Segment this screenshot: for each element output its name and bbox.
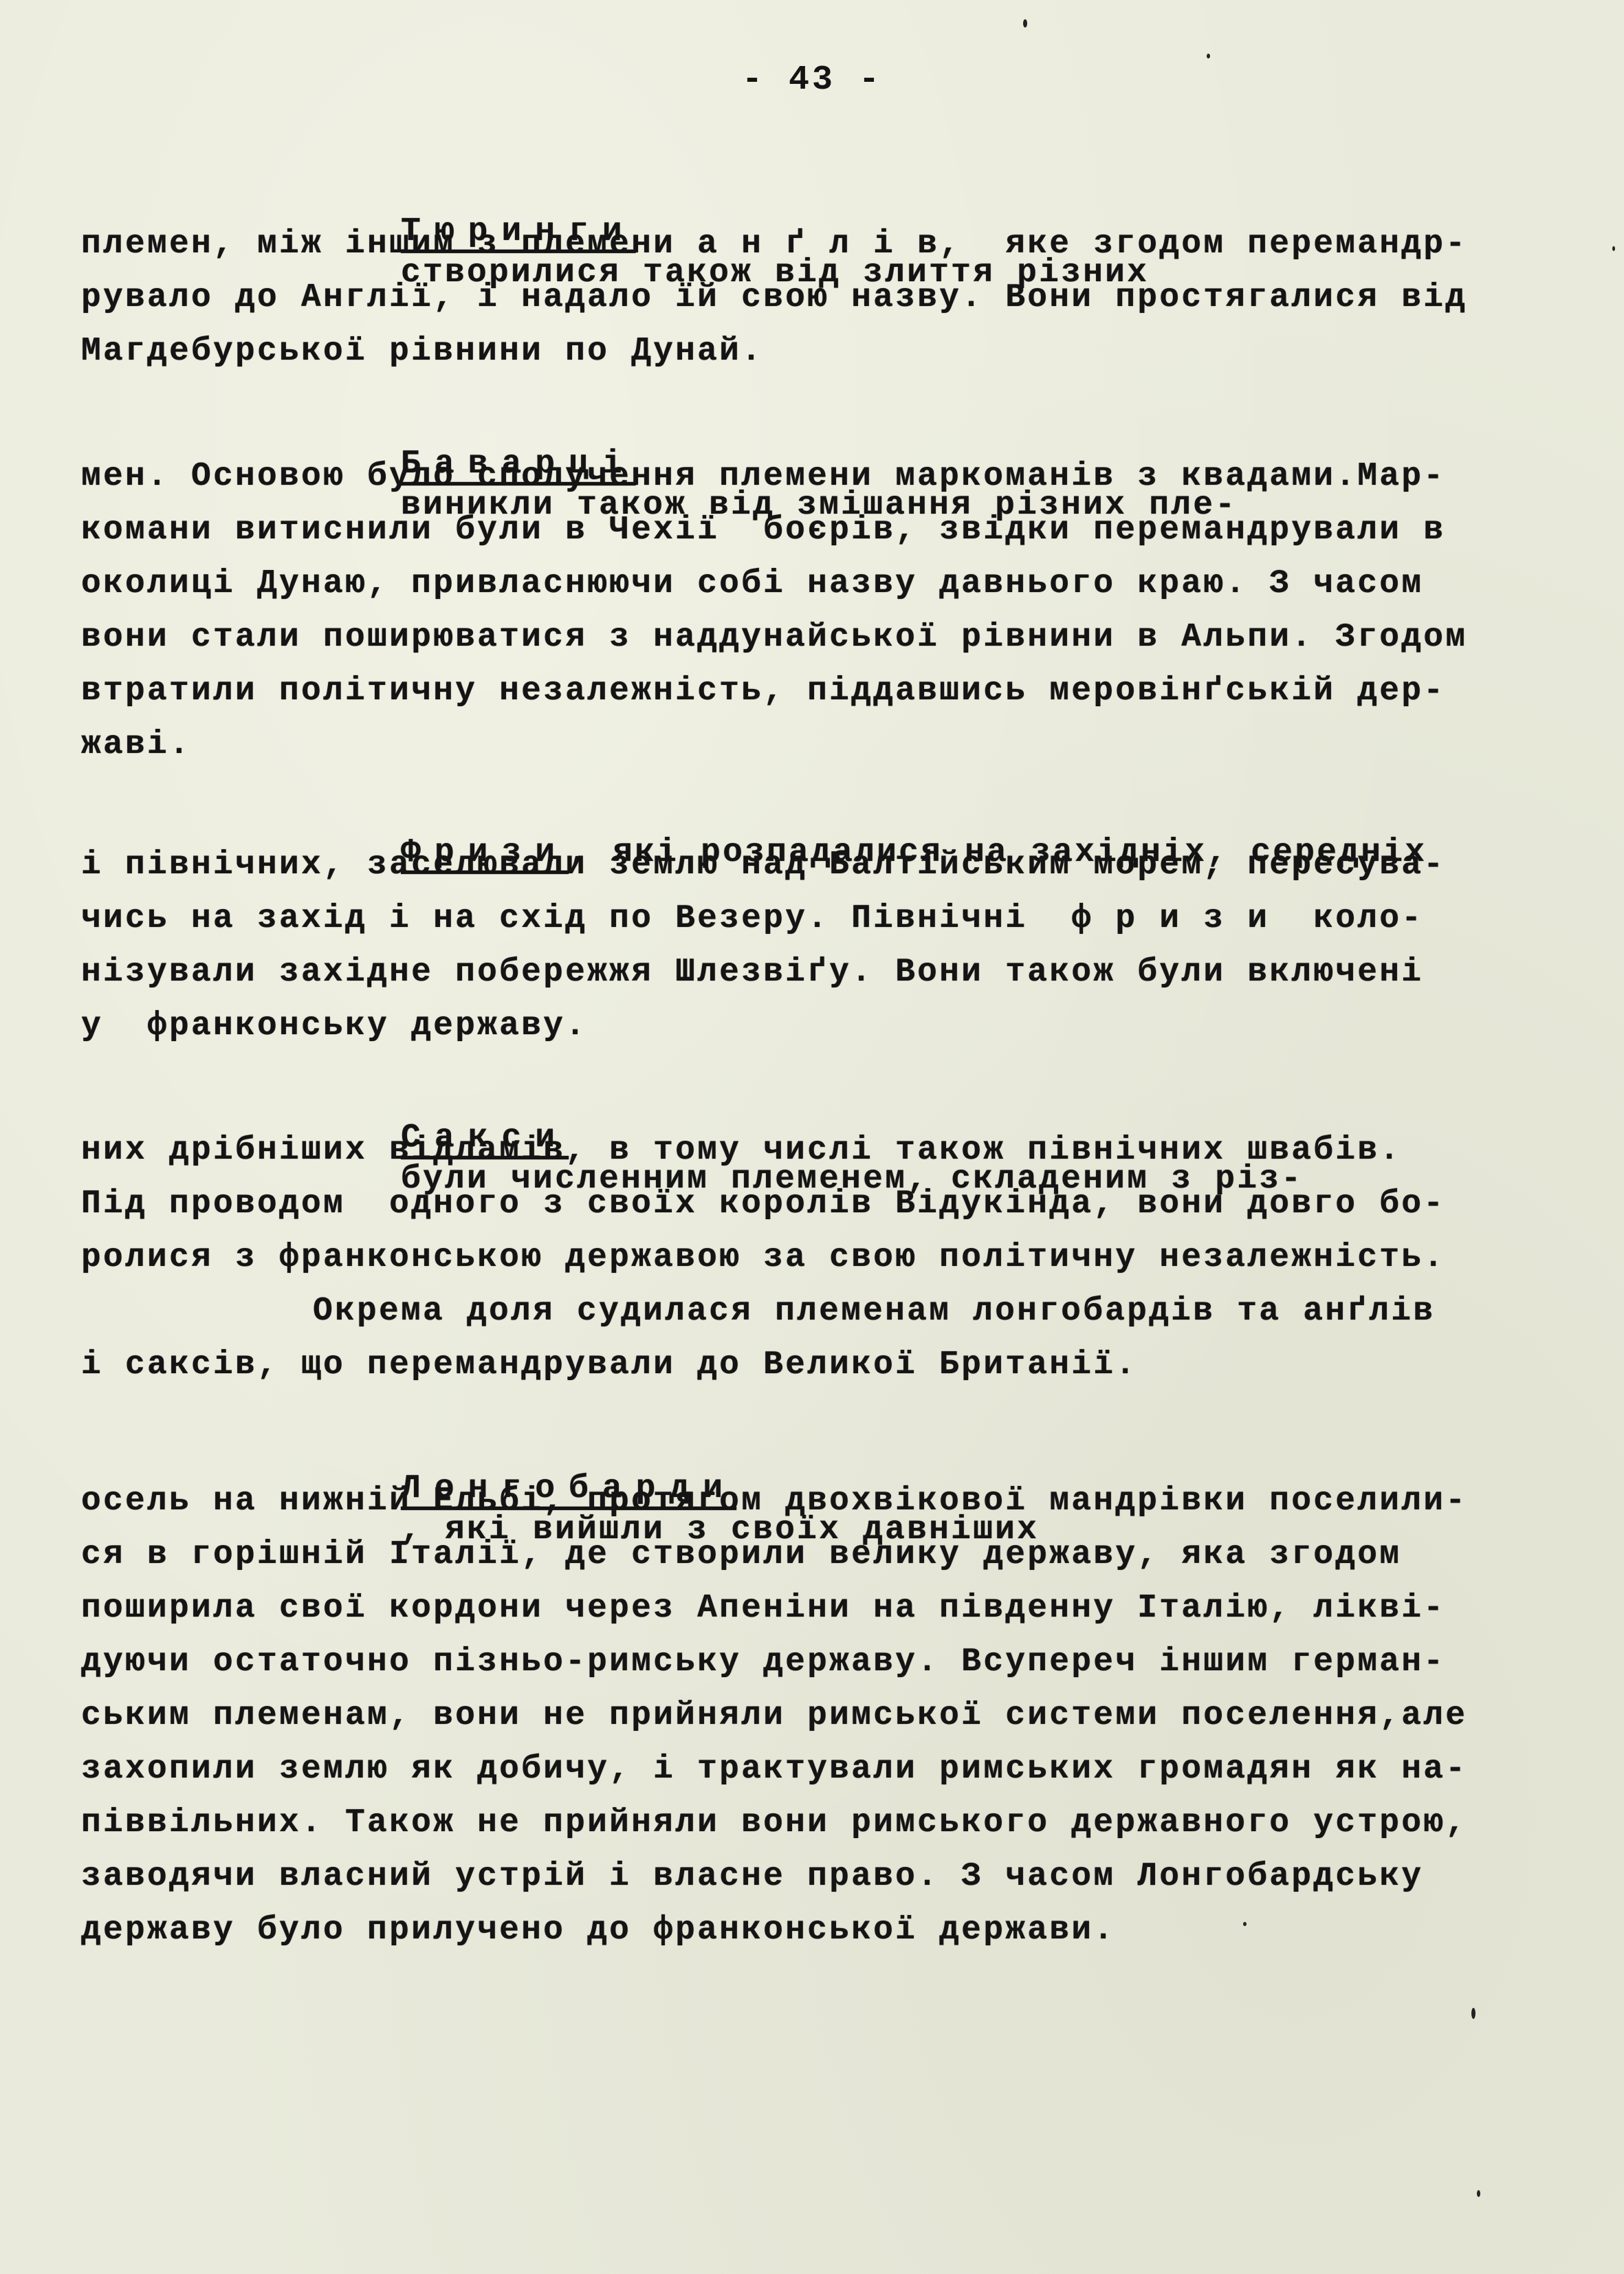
line-text: поширила свої кордони через Апеніни на п… bbox=[81, 1588, 1445, 1629]
page-number: - 43 - bbox=[0, 61, 1624, 100]
line-text: у франконську державу. bbox=[81, 1005, 587, 1047]
line-text: чись на захід і на схід по Везеру. Півні… bbox=[81, 898, 1423, 939]
line-text: ролися з франконською державою за свою п… bbox=[81, 1237, 1445, 1278]
line-text: них дрібніших відламів, в тому числі так… bbox=[81, 1130, 1401, 1171]
paper-speck bbox=[1207, 54, 1210, 58]
paper-speck bbox=[1023, 19, 1027, 28]
line-text: піввільних. Також не прийняли вони римсь… bbox=[81, 1802, 1467, 1844]
line-text: і саксів, що перемандрували до Великої Б… bbox=[81, 1344, 1137, 1386]
line-text: дуючи остаточно пізньо-римську державу. … bbox=[81, 1641, 1445, 1683]
line-text: жаві. bbox=[81, 724, 191, 765]
line-text: Під проводом одного з своїх королів Віду… bbox=[81, 1183, 1445, 1225]
paper-speck bbox=[1471, 2008, 1475, 2019]
line-text: державу було прилучено до франконської д… bbox=[81, 1910, 1115, 1951]
line-text: нізували західне побережжя Шлезвіґу. Вон… bbox=[81, 952, 1423, 993]
paper-speck bbox=[1243, 1922, 1247, 1926]
line-text: околиці Дунаю, привласнюючи собі назву д… bbox=[81, 563, 1423, 604]
paper-speck bbox=[1477, 2190, 1480, 2197]
line-text: захопили землю як добичу, і трактували р… bbox=[81, 1749, 1467, 1790]
line-text: осель на нижній Ельбі, протягом двохвіко… bbox=[81, 1480, 1467, 1522]
line-text: ся в горішній Італії, де створили велику… bbox=[81, 1534, 1401, 1575]
line-text: ським племенам, вони не прийняли римсько… bbox=[81, 1695, 1467, 1736]
line-text: рувало до Англії, і надало їй свою назву… bbox=[81, 277, 1467, 318]
line-text: комани витиснили були в Чехії боєрів, зв… bbox=[81, 510, 1445, 551]
line-text: заводячи власний устрій і власне право. … bbox=[81, 1856, 1423, 1897]
paper-speck bbox=[1612, 246, 1615, 251]
line-text: Магдебурської рівнини по Дунай. bbox=[81, 331, 763, 372]
line-text: Окрема доля судилася племенам лонгобарді… bbox=[313, 1291, 1435, 1332]
line-text: племен, між іншим з племени а н ґ л і в,… bbox=[81, 223, 1467, 265]
line-text: мен. Основою було сполучення племени мар… bbox=[81, 456, 1445, 497]
line-text: і північних, заселювали землю над Балтій… bbox=[81, 844, 1445, 886]
line-text: вони стали поширюватися з наддунайської … bbox=[81, 617, 1467, 658]
line-text: втратили політичну незалежність, піддавш… bbox=[81, 670, 1445, 712]
